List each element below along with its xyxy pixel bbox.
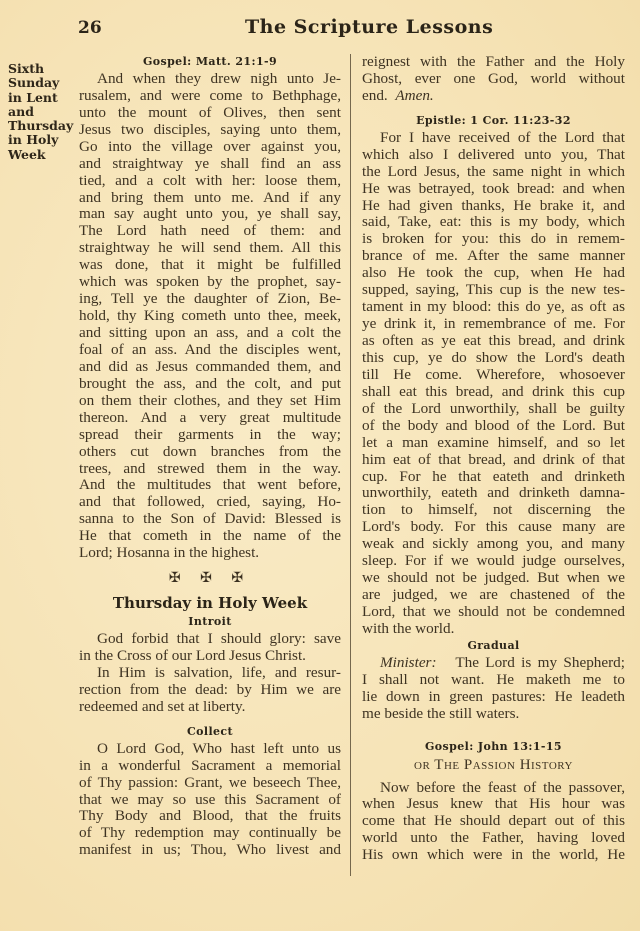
text-line: and straightway ye shall find an ass <box>79 156 341 173</box>
text-line: rection from the dead: by Him we are <box>79 682 341 699</box>
gradual-text: Minister: The Lord is my Shepherd; I sha… <box>362 655 625 723</box>
text-line: and did as Jesus commanded them, and <box>79 359 341 376</box>
margin-note-line: Sixth <box>8 62 78 76</box>
margin-note: Sixth Sunday in Lent and Thursday in Hol… <box>8 62 78 162</box>
gradual-first: The Lord is my Shepherd; <box>455 654 625 671</box>
text-line: are judged, we are chastened of the <box>362 587 625 604</box>
text-line: sanna to the Son of David: Blessed is <box>79 511 341 528</box>
text-line: unto the mount of Olives, then sent <box>79 105 341 122</box>
introit-heading: Introit <box>79 614 341 631</box>
text-line: and bring them unto me. And if any <box>79 190 341 207</box>
text-line: O Lord God, Who hast left unto us <box>79 741 341 758</box>
page-title: The Scripture Lessons <box>245 16 493 38</box>
text-line: this cup, ye do show the Lord's death <box>362 350 625 367</box>
text-line: was done, that it might be fulfilled <box>79 257 341 274</box>
text-line: weak and sickly among you, and many <box>362 536 625 553</box>
text-line: redeemed and set at liberty. <box>79 699 341 716</box>
text-line: In Him is salvation, life, and resur- <box>79 665 341 682</box>
text-line: world unto the Father, having loved <box>362 830 625 847</box>
text-line: He had given thanks, He brake it, and <box>362 198 625 215</box>
text-line: unworthily, eateth and drinketh damna- <box>362 485 625 502</box>
gospel-john-text: Now before the feast of the passover, wh… <box>362 780 625 865</box>
text-line: shall eat this bread, and drink this cup <box>362 384 625 401</box>
margin-note-line: in Holy <box>8 133 78 147</box>
text-line: which also I delivered unto you, That <box>362 147 625 164</box>
page-number: 26 <box>78 18 102 38</box>
text-line: trees, and strewed them in the way. <box>79 461 341 478</box>
text-line: sleep. For if we would judge ourselves, <box>362 553 625 570</box>
text-line: And when they drew nigh unto Je- <box>79 71 341 88</box>
epistle-heading: Epistle: 1 Cor. 11:23-32 <box>362 113 625 130</box>
text-line: let a man examine himself, and so let <box>362 435 625 452</box>
text-line: is broken for you: this do in remem- <box>362 231 625 248</box>
text-line: with the world. <box>362 621 625 638</box>
text-line: rusalem, and were come to Bethphage, <box>79 88 341 105</box>
text-line: He that cometh in the name of the <box>79 528 341 545</box>
gospel-heading: Gospel: Matt. 21:1-9 <box>79 54 341 71</box>
text-line: The Lord hath need of them: and <box>79 223 341 240</box>
text-line: reignest with the Father and the Holy <box>362 54 625 71</box>
collect-heading: Collect <box>79 724 341 741</box>
text-line: man say aught unto you, ye shall say, <box>79 206 341 223</box>
epistle-text: For I have received of the Lord that whi… <box>362 130 625 638</box>
text-line: Go into the village over against you, <box>79 139 341 156</box>
text-line: in the Cross of our Lord Jesus Christ. <box>79 648 341 665</box>
left-column: Gospel: Matt. 21:1-9 And when they drew … <box>79 54 341 859</box>
text-line: Ghost, ever one God, world without <box>362 71 625 88</box>
text-line: For I have received of the Lord that <box>362 130 625 147</box>
text-line: come that He should depart out of this <box>362 813 625 830</box>
text-line: said, Take, eat: this is my body, which <box>362 214 625 231</box>
introit-text: God forbid that I should glory: save in … <box>79 631 341 716</box>
spacer <box>362 723 625 739</box>
text-line: cup. For he that eateth and drinketh <box>362 469 625 486</box>
text-line: Lord, that we should not be condemned <box>362 604 625 621</box>
text-line: that we may so use this Sacrament of <box>79 792 341 809</box>
text-line: manifest in us; Thou, Who livest and <box>79 842 341 859</box>
collect-continued: reignest with the Father and the Holy Gh… <box>362 54 625 105</box>
spacer <box>362 105 625 113</box>
text-line: spread their garments in the way; <box>79 427 341 444</box>
text-line: Jesus two disciples, saying unto them, <box>79 122 341 139</box>
collect-end: end. <box>362 87 388 104</box>
text-line: in a wonderful Sacrament a memorial <box>79 758 341 775</box>
text-line: me beside the still waters. <box>362 706 625 723</box>
text-line: supped, saying, This cup is the new tes- <box>362 282 625 299</box>
margin-note-line: and <box>8 105 78 119</box>
text-line: brance of me. After the same manner <box>362 248 625 265</box>
text-line: Lord's body. For this cause many are <box>362 519 625 536</box>
text-line: brought the ass, and the colt, and put <box>79 376 341 393</box>
text-line: God forbid that I should glory: save <box>79 631 341 648</box>
collect-text: O Lord God, Who hast left unto us in a w… <box>79 741 341 860</box>
right-column: reignest with the Father and the Holy Gh… <box>362 54 625 864</box>
text-line: lie down in green pastures: He leadeth <box>362 689 625 706</box>
text-line: His own which were in the world, He <box>362 847 625 864</box>
spacer <box>79 716 341 724</box>
cross-ornament-icon: ✠ ✠ ✠ <box>79 562 341 592</box>
text-line: the Lord Jesus, the same night in which <box>362 164 625 181</box>
text-line: which was spoken by the prophet, say- <box>79 274 341 291</box>
text-line: as often as ye eat this bread, and drink <box>362 333 625 350</box>
text-line: Thy Body and Blood, that the fruits <box>79 808 341 825</box>
text-line: hold, thy King cometh unto thee, meek, <box>79 308 341 325</box>
column-divider <box>350 54 351 876</box>
text-line: Now before the feast of the passover, <box>362 780 625 797</box>
text-line: I shall not want. He maketh me to <box>362 672 625 689</box>
text-line: on them their clothes, and they set Him <box>79 393 341 410</box>
margin-note-line: Sunday <box>8 76 78 90</box>
gospel-text: And when they drew nigh unto Je- rusalem… <box>79 71 341 562</box>
gospel-john-heading: Gospel: John 13:1-15 <box>362 739 625 756</box>
text-line: of Thy passion: Grant, we beseech Thee, <box>79 775 341 792</box>
running-head: 26 The Scripture Lessons <box>0 16 640 44</box>
text-line: foal of an ass. And the disciples went, <box>79 342 341 359</box>
text-line: Lord; Hosanna in the highest. <box>79 545 341 562</box>
margin-note-line: Thursday <box>8 119 78 133</box>
text-line: and that followed, cried, saying, Ho- <box>79 494 341 511</box>
text-line: And the multitudes that went before, <box>79 477 341 494</box>
speaker-label: Minister: <box>380 654 437 671</box>
text-line: ing, Tell ye the daughter of Zion, Be- <box>79 291 341 308</box>
amen: Amen. <box>395 87 433 104</box>
margin-note-line: Week <box>8 148 78 162</box>
text-line: of the Lord unworthily, shall be guilty <box>362 401 625 418</box>
text-line: straightway he will send them. All this <box>79 240 341 257</box>
text-line: thereon. And a very great multitude <box>79 410 341 427</box>
passion-history-subheading: or The Passion History <box>362 756 625 774</box>
text-line: He was betrayed, took bread: and when <box>362 181 625 198</box>
text-line: him eat of that bread, and drink of that <box>362 452 625 469</box>
text-line: end. Amen. <box>362 88 625 105</box>
text-line: Minister: The Lord is my Shepherd; <box>362 655 625 672</box>
text-line: till He come. Wherefore, whosoever <box>362 367 625 384</box>
text-line: and sitting upon an ass, and a colt the <box>79 325 341 342</box>
text-line: also He took the cup, when He had <box>362 265 625 282</box>
text-line: when Jesus knew that His hour was <box>362 796 625 813</box>
gradual-heading: Gradual <box>362 638 625 655</box>
section-title: Thursday in Holy Week <box>79 592 341 614</box>
text-line: of Thy redemption may continually be <box>79 825 341 842</box>
text-line: we should not be judged. But when we <box>362 570 625 587</box>
text-line: ye drink it, in remembrance of me. For <box>362 316 625 333</box>
margin-note-line: in Lent <box>8 91 78 105</box>
text-line: of the body and blood of the Lord. But <box>362 418 625 435</box>
text-line: tament in my blood: this do ye, as oft a… <box>362 299 625 316</box>
text-line: others cut down branches from the <box>79 444 341 461</box>
text-line: tion to himself, not discerning the <box>362 502 625 519</box>
text-line: tied, and a colt with her: loose them, <box>79 173 341 190</box>
